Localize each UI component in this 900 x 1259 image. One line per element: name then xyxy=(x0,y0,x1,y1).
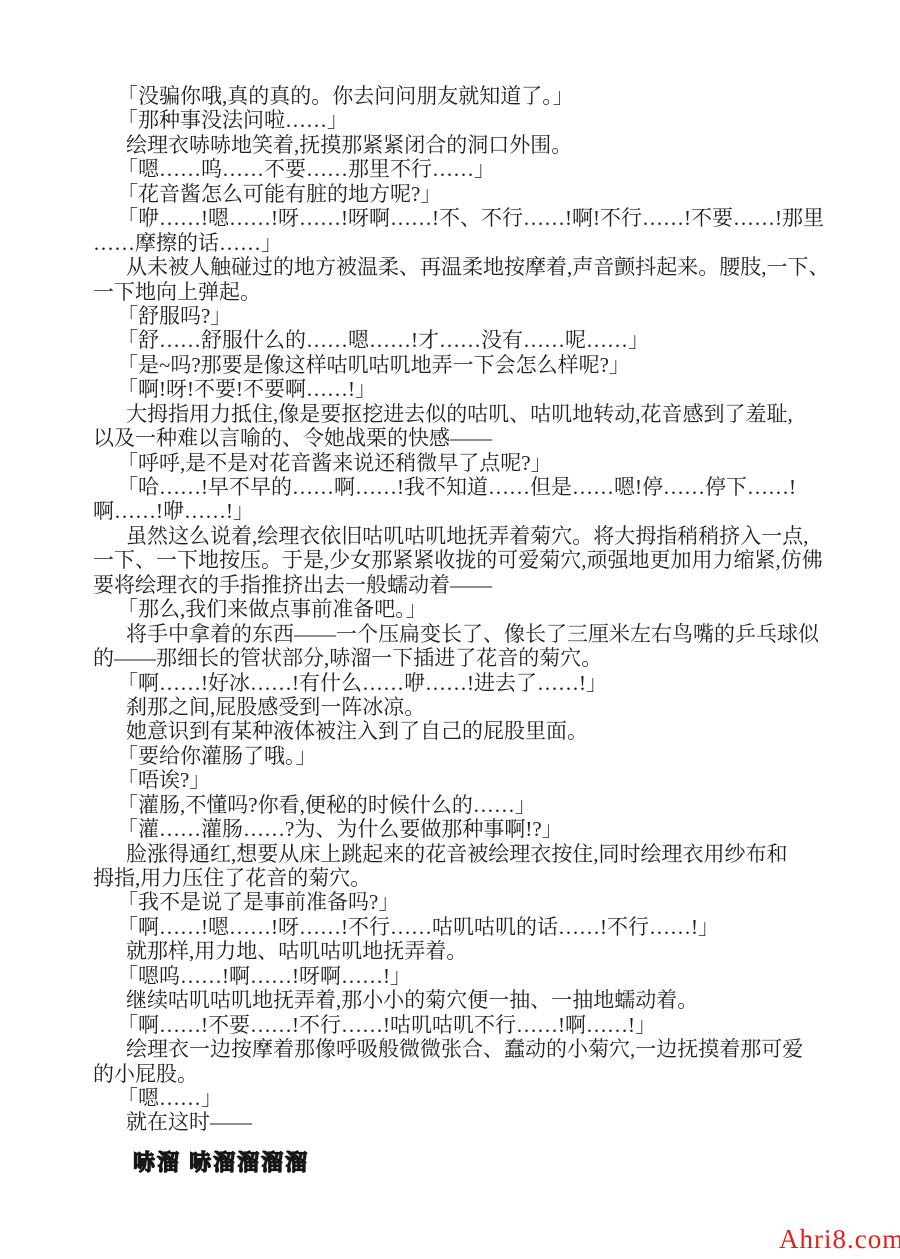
text-line: 拇指,用力压住了花音的菊穴。 xyxy=(93,866,840,890)
text-line: 要将绘理衣的手指推挤出去一般蠕动着—— xyxy=(93,573,840,597)
text-line: 从未被人触碰过的地方被温柔、再温柔地按摩着,声音颤抖起来。腰肢,一下、 xyxy=(93,255,840,279)
text-line: 「灌肠,不懂吗?你看,便秘的时候什么的……」 xyxy=(93,793,840,817)
text-line: 一下、一下地按压。于是,少女那紧紧收拢的可爱菊穴,顽强地更加用力缩紧,仿佛 xyxy=(93,548,840,572)
text-line: 「花音酱怎么可能有脏的地方呢?」 xyxy=(93,182,840,206)
text-line: 的——那细长的管状部分,哧溜一下插进了花音的菊穴。 xyxy=(93,646,840,670)
text-line: 「唔诶?」 xyxy=(93,768,840,792)
text-line: 啊……!咿……!」 xyxy=(93,499,840,523)
text-line: 「没骗你哦,真的真的。你去问问朋友就知道了。」 xyxy=(93,84,840,108)
text-line: 虽然这么说着,绘理衣依旧咕叽咕叽地抚弄着菊穴。将大拇指稍稍挤入一点, xyxy=(93,524,840,548)
text-line: 「嗯……呜……不要……那里不行……」 xyxy=(93,157,840,181)
text-line: 刹那之间,屁股感受到一阵冰凉。 xyxy=(93,695,840,719)
text-line: 「咿……!嗯……!呀……!呀啊……!不、不行……!啊!不行……!不要……!那里 xyxy=(93,206,840,230)
text-line: 「是~吗?那要是像这样咕叽咕叽地弄一下会怎么样呢?」 xyxy=(93,353,840,377)
text-line: 脸涨得通红,想要从床上跳起来的花音被绘理衣按住,同时绘理衣用纱布和 xyxy=(93,842,840,866)
text-line: 大拇指用力抵住,像是要抠挖进去似的咕叽、咕叽地转动,花音感到了羞耻, xyxy=(93,402,840,426)
text-line: 「啊!呀!不要!不要啊……!」 xyxy=(93,377,840,401)
text-line: 绘理衣一边按摩着那像呼吸般微微张合、蠢动的小菊穴,一边抚摸着那可爱 xyxy=(93,1037,840,1061)
text-line: 「那么,我们来做点事前准备吧。」 xyxy=(93,597,840,621)
text-line: 「舒服吗?」 xyxy=(93,304,840,328)
text-line: 「灌……灌肠……?为、为什么要做那种事啊!?」 xyxy=(93,817,840,841)
text-line: 「要给你灌肠了哦。」 xyxy=(93,744,840,768)
text-line: 的小屁股。 xyxy=(93,1062,840,1086)
text-line: 她意识到有某种液体被注入到了自己的屁股里面。 xyxy=(93,719,840,743)
text-line: 以及一种难以言喻的、令她战栗的快感—— xyxy=(93,426,840,450)
text-line: 绘理衣哧哧地笑着,抚摸那紧紧闭合的洞口外围。 xyxy=(93,133,840,157)
text-line: 一下地向上弹起。 xyxy=(93,280,840,304)
scanned-novel-page: 「没骗你哦,真的真的。你去问问朋友就知道了。」「那种事没法问啦……」绘理衣哧哧地… xyxy=(0,0,900,1259)
text-line: 「哈……!早不早的……啊……!我不知道……但是……嗯!停……停下……! xyxy=(93,475,840,499)
text-line: 「啊……!嗯……!呀……!不行……咕叽咕叽的话……!不行……!」 xyxy=(93,915,840,939)
text-line: 「嗯呜……!啊……!呀啊……!」 xyxy=(93,964,840,988)
text-line: 继续咕叽咕叽地抚弄着,那小小的菊穴便一抽、一抽地蠕动着。 xyxy=(93,988,840,1012)
text-line: 将手中拿着的东西——一个压扁变长了、像长了三厘米左右鸟嘴的乒乓球似 xyxy=(93,622,840,646)
text-line: 就在这时—— xyxy=(93,1110,840,1134)
text-line: 「那种事没法问啦……」 xyxy=(93,108,840,132)
watermark: Ahri8.com xyxy=(779,1224,900,1255)
text-line: 就那样,用力地、咕叽咕叽地抚弄着。 xyxy=(93,939,840,963)
text-line: ……摩擦的话……」 xyxy=(93,231,840,255)
text-line: 「呼呼,是不是对花音酱来说还稍微早了点呢?」 xyxy=(93,451,840,475)
text-line: 「嗯……」 xyxy=(93,1086,840,1110)
sound-effect-text: 哧溜 哧溜溜溜溜 xyxy=(133,1146,309,1177)
novel-text-block: 「没骗你哦,真的真的。你去问问朋友就知道了。」「那种事没法问啦……」绘理衣哧哧地… xyxy=(93,84,840,1135)
text-line: 「我不是说了是事前准备吗?」 xyxy=(93,890,840,914)
text-line: 「舒……舒服什么的……嗯……!才……没有……呢……」 xyxy=(93,328,840,352)
text-line: 「啊……!好冰……!有什么……咿……!进去了……!」 xyxy=(93,671,840,695)
text-line: 「啊……!不要……!不行……!咕叽咕叽不行……!啊……!」 xyxy=(93,1013,840,1037)
